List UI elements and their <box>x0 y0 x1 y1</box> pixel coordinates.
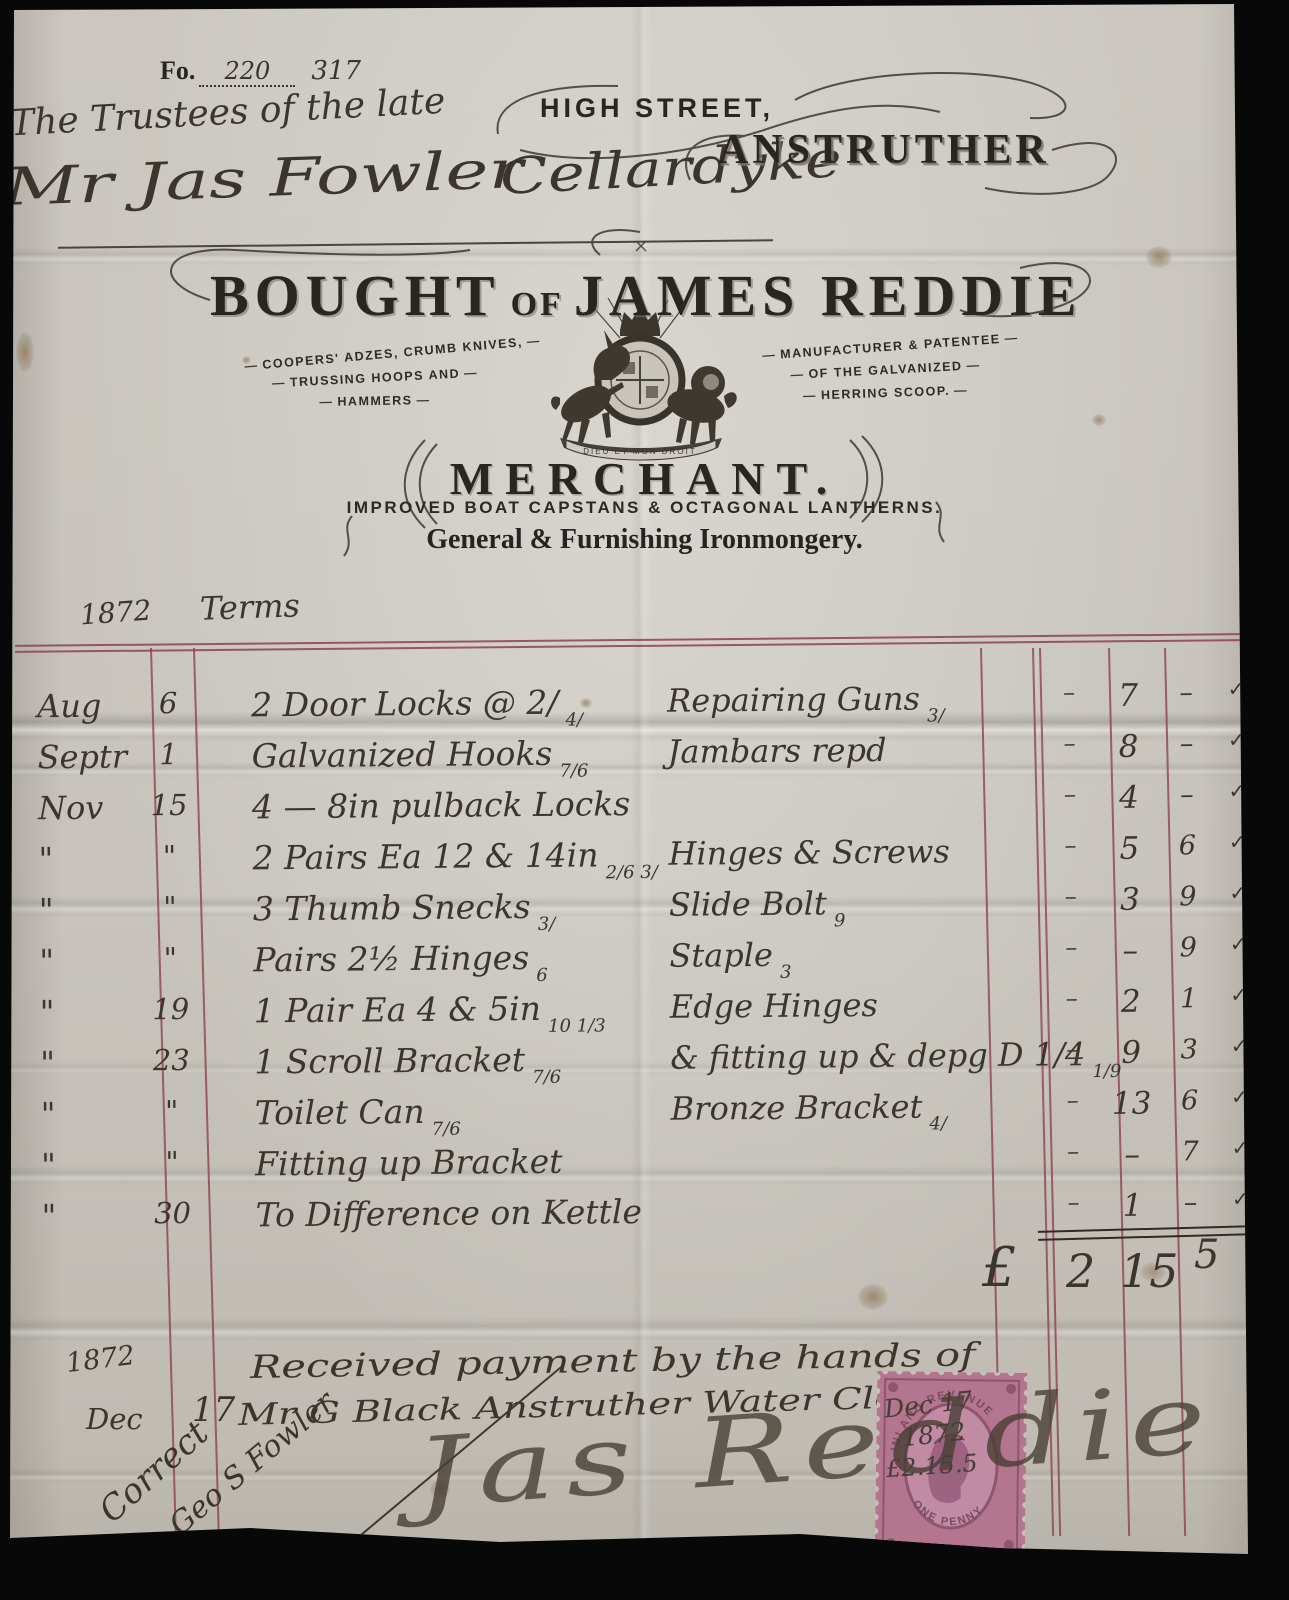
row-shillings: 8 <box>1101 729 1155 765</box>
row-item2: Edge Hinges <box>670 986 885 1035</box>
row-item-price: 3/ <box>538 914 556 935</box>
row-pence: – <box>1160 779 1214 810</box>
row-item2-price: 3 <box>780 962 792 983</box>
row-shillings: 7 <box>1101 678 1155 714</box>
row-checkmark: ✓ <box>1219 1085 1261 1109</box>
row-pounds: – <box>1043 1086 1103 1115</box>
row-shillings: 2 <box>1104 984 1158 1020</box>
row-day: 19 <box>148 992 194 1026</box>
row-pence: 6 <box>1160 830 1214 861</box>
row-pence: 9 <box>1161 881 1215 912</box>
row-pounds: – <box>1043 1137 1103 1166</box>
row-pounds: – <box>1042 984 1102 1013</box>
paper-sheet: DIEU ET MON DROIT Fo. 220 317 The Truste… <box>0 0 1289 1600</box>
row-checkmark: ✓ <box>1216 830 1258 854</box>
row-checkmark: ✓ <box>1216 779 1258 803</box>
row-pence: 7 <box>1163 1136 1217 1167</box>
row-month: " <box>38 839 142 878</box>
row-pounds: – <box>1039 729 1099 758</box>
row-item: 1 Scroll Bracket7/6 <box>254 1040 561 1091</box>
scanned-invoice: DIEU ET MON DROIT Fo. 220 317 The Truste… <box>0 0 1289 1600</box>
row-item2: Staple3 <box>669 936 791 984</box>
row-pence: 6 <box>1163 1085 1217 1116</box>
row-item-price: 7/6 <box>559 760 588 781</box>
row-checkmark: ✓ <box>1219 1136 1261 1160</box>
row-pence: 1 <box>1162 983 1216 1014</box>
row-item: 2 Door Locks @ 2/4/ <box>251 683 583 734</box>
row-pounds: – <box>1041 882 1101 911</box>
row-checkmark: ✓ <box>1219 1187 1261 1211</box>
row-item2: Slide Bolt9 <box>669 884 846 933</box>
row-item-price: 6 <box>536 965 548 986</box>
row-month: " <box>39 941 143 980</box>
row-month: " <box>40 1043 144 1082</box>
row-pounds: – <box>1040 831 1100 860</box>
total-currency: £ <box>982 1236 1016 1299</box>
row-month: " <box>40 992 144 1031</box>
row-shillings: – <box>1105 1137 1159 1173</box>
row-pence: 9 <box>1161 932 1215 963</box>
row-checkmark: ✓ <box>1217 881 1259 905</box>
row-pounds: – <box>1039 678 1099 707</box>
row-day: 15 <box>146 788 192 822</box>
row-day: 1 <box>145 737 191 771</box>
row-month: Aug <box>37 686 141 725</box>
row-item-price: 7/6 <box>432 1119 461 1140</box>
row-item: Fitting up Bracket <box>255 1142 570 1193</box>
row-item-price: 10 1/3 <box>548 1015 606 1037</box>
row-month: " <box>41 1145 145 1184</box>
row-item: Toilet Can7/6 <box>255 1092 461 1142</box>
row-shillings: 9 <box>1104 1035 1158 1071</box>
row-day: " <box>149 1094 195 1128</box>
row-item2-price: 4/ <box>929 1113 947 1134</box>
row-month: Nov <box>38 788 142 827</box>
row-item2 <box>671 1192 678 1239</box>
row-item: To Difference on Kettle <box>255 1192 649 1243</box>
row-checkmark: ✓ <box>1218 1034 1260 1058</box>
row-pence: – <box>1159 728 1213 759</box>
total-pence: 5 <box>1194 1232 1219 1278</box>
row-month: " <box>41 1094 145 1133</box>
row-shillings: 1 <box>1105 1188 1159 1224</box>
row-item: Galvanized Hooks7/6 <box>251 733 588 784</box>
total-shillings: 15 <box>1120 1244 1179 1298</box>
row-item2: Jambars repd <box>667 731 893 780</box>
row-pence: 3 <box>1162 1034 1216 1065</box>
row-day: 23 <box>148 1043 194 1077</box>
row-day: " <box>146 839 192 873</box>
row-item: 4 — 8in pulback Locks <box>252 784 638 835</box>
row-item2 <box>668 784 675 831</box>
ledger-row: " 30 To Difference on Kettle – 1 – ✓ <box>3 1186 1289 1249</box>
row-item2-price: 3/ <box>927 705 945 726</box>
row-month: " <box>41 1196 145 1235</box>
row-pence: – <box>1159 677 1213 708</box>
row-shillings: 13 <box>1105 1086 1159 1122</box>
row-day: 30 <box>149 1196 195 1230</box>
row-checkmark: ✓ <box>1215 728 1257 752</box>
row-item2: Bronze Bracket4/ <box>671 1087 948 1136</box>
row-shillings: 3 <box>1103 882 1157 918</box>
row-day: " <box>147 890 193 924</box>
row-shillings: 4 <box>1102 780 1156 816</box>
row-pounds: – <box>1041 933 1101 962</box>
footer-month: Dec <box>86 1402 143 1436</box>
row-item2: Hinges & Screws <box>668 832 957 882</box>
row-pence: – <box>1163 1187 1217 1218</box>
row-item2 <box>671 1141 678 1188</box>
row-item: Pairs 2½ Hinges6 <box>253 938 548 989</box>
row-item: 1 Pair Ea 4 & 5in10 1/3 <box>254 988 606 1039</box>
row-checkmark: ✓ <box>1218 983 1260 1007</box>
row-shillings: – <box>1103 933 1157 969</box>
row-month: " <box>39 890 143 929</box>
row-shillings: 5 <box>1102 831 1156 867</box>
row-item-price: 7/6 <box>532 1067 561 1088</box>
row-day: " <box>147 941 193 975</box>
row-item-price: 2/6 3/ <box>606 862 658 883</box>
row-month: Septr <box>37 737 141 776</box>
row-checkmark: ✓ <box>1215 677 1257 701</box>
row-day: 6 <box>145 686 191 720</box>
row-pounds: – <box>1043 1188 1103 1217</box>
row-day: " <box>149 1145 195 1179</box>
total-pounds: 2 <box>1066 1244 1095 1298</box>
row-item-price: 4/ <box>565 710 583 731</box>
row-item: 3 Thumb Snecks3/ <box>253 887 556 938</box>
row-pounds: – <box>1040 780 1100 809</box>
row-checkmark: ✓ <box>1217 932 1259 956</box>
row-item2-price: 9 <box>834 910 846 931</box>
row-item2: Repairing Guns3/ <box>667 679 945 728</box>
row-pounds: – <box>1042 1035 1102 1064</box>
row-item: 2 Pairs Ea 12 & 14in2/6 3/ <box>252 835 658 887</box>
